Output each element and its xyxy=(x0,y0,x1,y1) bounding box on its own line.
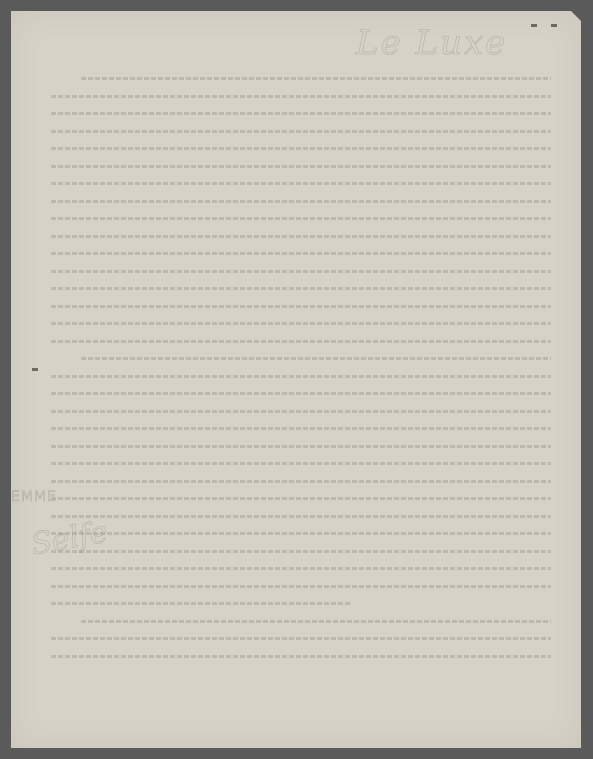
text-line xyxy=(51,112,551,115)
text-line xyxy=(51,550,551,553)
margin-mark xyxy=(531,24,537,27)
page-corner xyxy=(571,11,581,21)
typed-text-body xyxy=(51,77,551,672)
text-line xyxy=(51,655,551,658)
text-line xyxy=(51,217,551,220)
text-line xyxy=(51,305,551,308)
text-line xyxy=(51,637,551,640)
text-line xyxy=(51,497,551,500)
text-line xyxy=(51,270,551,273)
text-line xyxy=(51,322,551,325)
document-page: Le Luxe Selfe EMME xyxy=(11,11,581,748)
text-line xyxy=(51,165,551,168)
text-line xyxy=(51,287,551,290)
handwritten-annotation-top: Le Luxe xyxy=(356,23,507,63)
text-line xyxy=(51,182,551,185)
text-line xyxy=(51,427,551,430)
text-line xyxy=(51,340,551,343)
margin-mark xyxy=(32,368,38,371)
text-line xyxy=(51,480,551,483)
text-line xyxy=(51,462,551,465)
text-line xyxy=(51,602,351,605)
text-line xyxy=(51,200,551,203)
text-line xyxy=(51,567,551,570)
text-line xyxy=(81,620,551,623)
text-line xyxy=(51,130,551,133)
text-line xyxy=(51,445,551,448)
text-line xyxy=(51,375,551,378)
text-line xyxy=(51,147,551,150)
text-line xyxy=(51,252,551,255)
text-line xyxy=(51,532,551,535)
text-line xyxy=(51,515,551,518)
text-line xyxy=(51,585,551,588)
text-line xyxy=(51,95,551,98)
text-line xyxy=(51,410,551,413)
text-line xyxy=(51,392,551,395)
margin-mark xyxy=(551,24,557,27)
text-line xyxy=(51,235,551,238)
text-line xyxy=(81,77,551,80)
text-line xyxy=(81,357,551,360)
embossed-stamp: EMME xyxy=(11,489,57,505)
